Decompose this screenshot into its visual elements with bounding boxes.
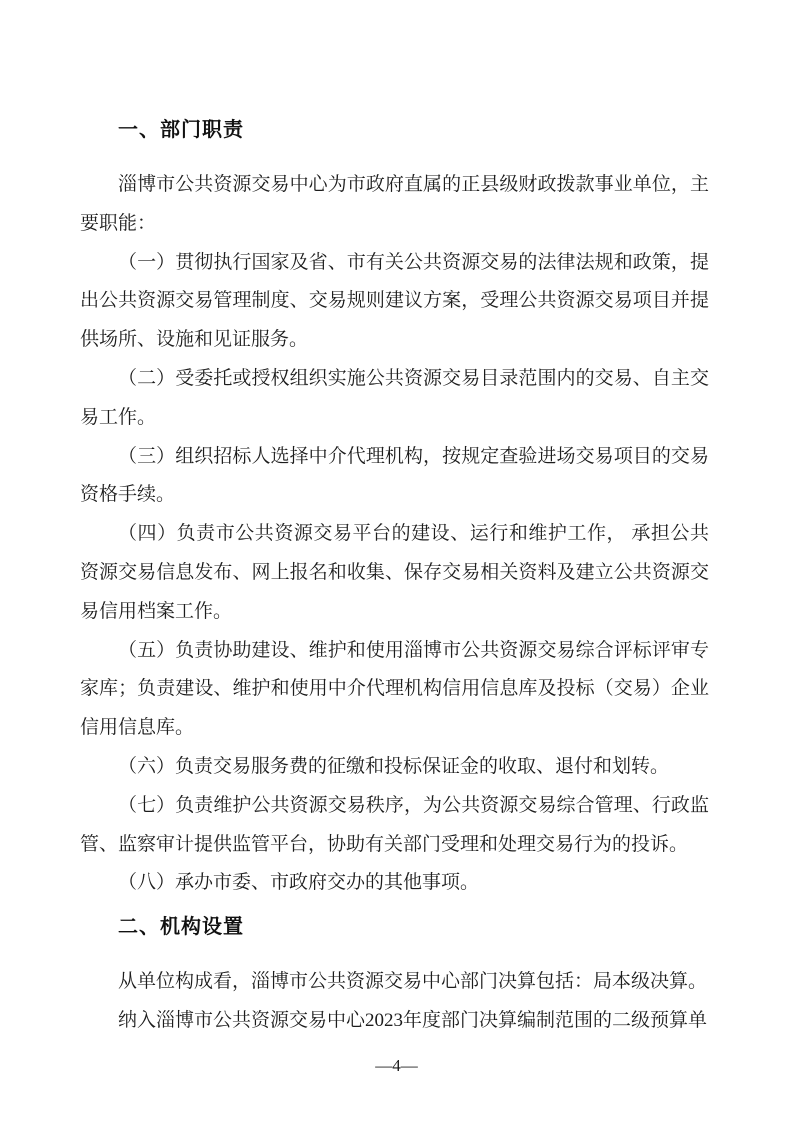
paragraph-org-2: 纳入淄博市公共资源交易中心2023年度部门决算编制范围的二级预算单 — [80, 1002, 709, 1041]
section-organization-setup: 二、机构设置 从单位构成看，淄博市公共资源交易中心部门决算包括：局本级决算。 纳… — [80, 913, 709, 1041]
paragraph-intro: 淄博市公共资源交易中心为市政府直属的正县级财政拨款事业单位，主要职能： — [80, 166, 709, 244]
paragraph-org-1: 从单位构成看，淄博市公共资源交易中心部门决算包括：局本级决算。 — [80, 963, 709, 1002]
paragraph-duty-7: （七）负责维护公共资源交易秩序，为公共资源交易综合管理、行政监管、监察审计提供监… — [80, 787, 709, 865]
page-footer: —4— — [0, 1056, 793, 1076]
paragraph-duty-5: （五）负责协助建设、维护和使用淄博市公共资源交易综合评标评审专家库；负责建设、维… — [80, 632, 709, 748]
paragraph-duty-6: （六）负责交易服务费的征缴和投标保证金的收取、退付和划转。 — [80, 748, 709, 787]
document-page: 一、部门职责 淄博市公共资源交易中心为市政府直属的正县级财政拨款事业单位，主要职… — [0, 0, 793, 1122]
paragraph-duty-2: （二）受委托或授权组织实施公共资源交易目录范围内的交易、自主交易工作。 — [80, 360, 709, 438]
section-department-responsibilities: 一、部门职责 淄博市公共资源交易中心为市政府直属的正县级财政拨款事业单位，主要职… — [80, 116, 709, 903]
paragraph-duty-8: （八）承办市委、市政府交办的其他事项。 — [80, 864, 709, 903]
section-heading-organization: 二、机构设置 — [80, 913, 709, 941]
paragraph-duty-4: （四）负责市公共资源交易平台的建设、运行和维护工作， 承担公共资源交易信息发布、… — [80, 515, 709, 631]
paragraph-duty-1: （一）贯彻执行国家及省、市有关公共资源交易的法律法规和政策，提出公共资源交易管理… — [80, 244, 709, 360]
section-heading-responsibilities: 一、部门职责 — [80, 116, 709, 144]
paragraph-duty-3: （三）组织招标人选择中介代理机构，按规定查验进场交易项目的交易资格手续。 — [80, 438, 709, 516]
page-number: —4— — [375, 1056, 418, 1075]
